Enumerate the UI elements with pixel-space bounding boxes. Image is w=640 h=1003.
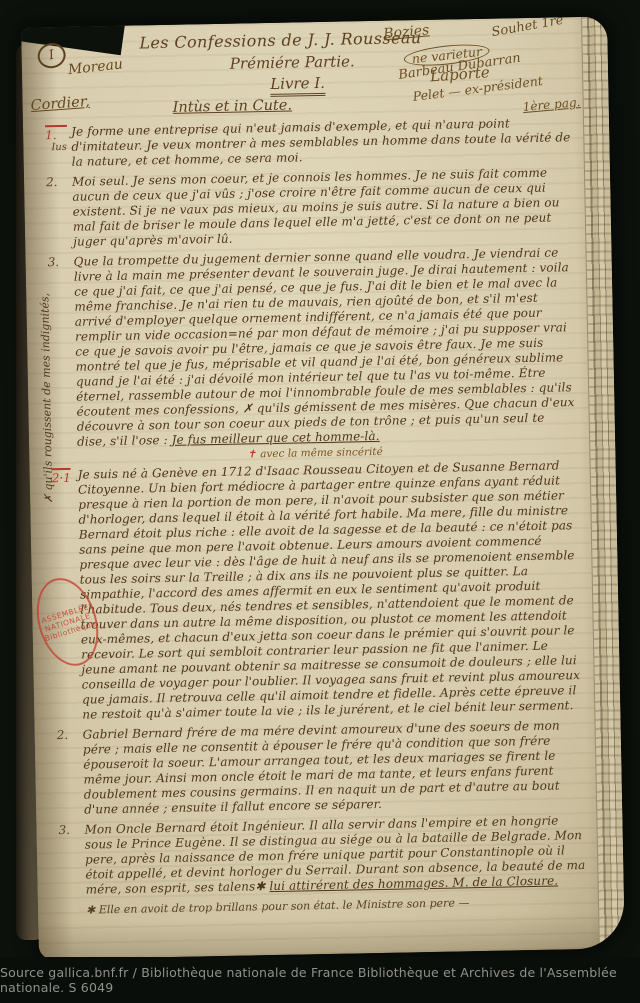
part-heading: Prémiére Partie. (230, 52, 355, 72)
underlined-phrase: Je fus meilleur que cet homme-là. (171, 429, 379, 447)
paragraph-6: 3. Mon Oncle Bernard étoit Ingénieur. Il… (84, 813, 585, 898)
paragraph-2: 2. Moi seul. Je sens mon coeur, et je co… (72, 165, 573, 250)
paragraph-2-text: Moi seul. Je sens mon coeur, et je conno… (72, 165, 573, 250)
paragraph-4-text: Je suis né à Genève en 1712 d'Isaac Rous… (78, 458, 583, 723)
paragraph-1: 1.Ius Je forme une entreprise qui n'eut … (71, 115, 572, 170)
manuscript-page: I Les Confessions de J. J. Rousseau Prém… (21, 16, 625, 959)
annotation-souhet: Souhet 1re (490, 16, 564, 40)
signature-moreau: Moreau (67, 56, 123, 78)
vertical-margin-note: ✗ qu'ils rougissent de mes indignités, (38, 293, 55, 504)
annotation-bozies: Bozies (383, 22, 430, 42)
margin-scribble: Ius (51, 142, 67, 153)
annotation-premiere-page: 1ère pag. (522, 95, 581, 114)
paragraph-3-text: Que la trompette du jugement dernier son… (73, 245, 577, 450)
paragraph-6-text: Mon Oncle Bernard étoit Ingénieur. Il al… (84, 813, 585, 898)
paragraph-1-number: 1.Ius (45, 125, 67, 153)
manuscript-title: Les Confessions de J. J. Rousseau (139, 28, 421, 52)
book-heading: Livre I. (270, 74, 325, 97)
paragraph-5-number: 2. (57, 728, 69, 742)
insertion-mark: ✝ (247, 448, 256, 460)
source-attribution-text: Source gallica.bnf.fr / Bibliothèque nat… (0, 965, 640, 995)
paragraph-5-text: Gabriel Bernard frére de ma mére devint … (83, 718, 585, 818)
signature-cordier: Cordier, (30, 94, 90, 114)
manuscript-scan: I Les Confessions de J. J. Rousseau Prém… (0, 0, 640, 1003)
marginal-footnote: ✱ Elle en avoit de trop brillans pour so… (86, 893, 586, 917)
paragraph-2-number: 2. (46, 175, 58, 189)
paragraph-4: 2·1 Je suis né à Genève en 1712 d'Isaac … (78, 458, 583, 723)
paragraph-5: 2. Gabriel Bernard frére de ma mére devi… (83, 718, 585, 818)
page-header: I Les Confessions de J. J. Rousseau Prém… (21, 16, 609, 123)
gallica-source-bar: Source gallica.bnf.fr / Bibliothèque nat… (0, 957, 640, 1003)
motto-heading: Intùs et in Cute. (173, 98, 293, 116)
page-number: I (36, 41, 68, 71)
manuscript-text-column: 1.Ius Je forme une entreprise qui n'eut … (71, 115, 586, 916)
paragraph-3-number: 3. (47, 255, 59, 269)
book-page-stack-edge (581, 16, 625, 948)
paragraph-1-text: Je forme une entreprise qui n'eut jamais… (71, 115, 572, 170)
paragraph-6-number: 3. (58, 823, 70, 837)
interline-text: avec la même sincérité (260, 446, 383, 460)
paragraph-3: 3. Que la trompette du jugement dernier … (73, 245, 577, 450)
